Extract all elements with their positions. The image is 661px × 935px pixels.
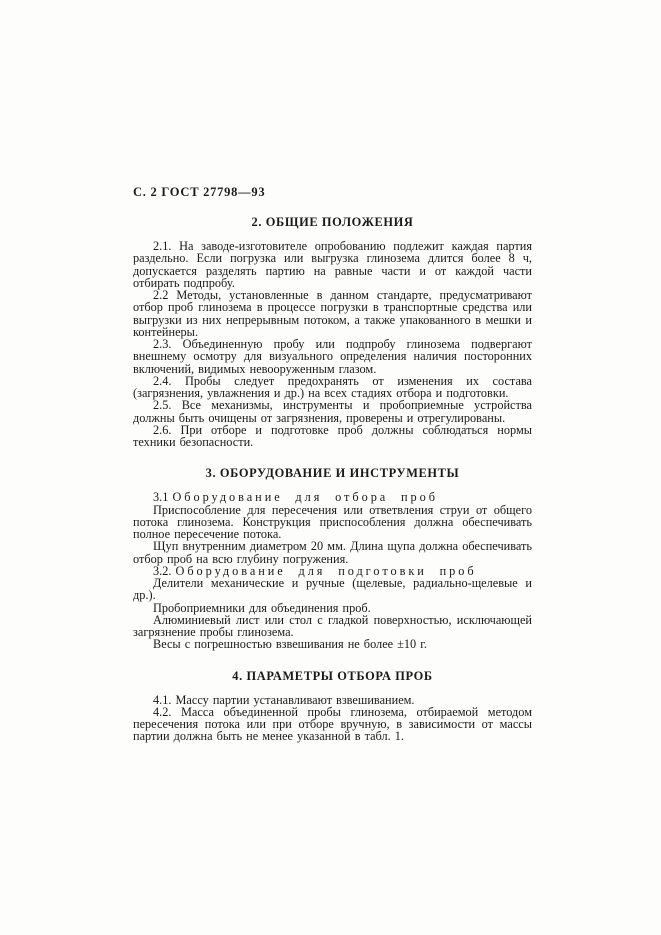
paragraph: Пробоприемники для объединения проб. <box>133 602 532 614</box>
paragraph: 2.2 Методы, установленные в данном станд… <box>133 289 532 338</box>
section-title: 2. ОБЩИЕ ПОЛОЖЕНИЯ <box>133 216 532 229</box>
paragraph: 2.1. На заводе-изготовителе опробованию … <box>133 240 532 289</box>
paragraph: 2.6. При отборе и подготовке проб должны… <box>133 424 532 449</box>
section-title: 4. ПАРАМЕТРЫ ОТБОРА ПРОБ <box>133 670 532 683</box>
paragraph: Алюминиевый лист или стол с гладкой пове… <box>133 614 532 639</box>
paragraph: 4.1. Массу партии устанавливают взвешива… <box>133 694 532 706</box>
text-block: С. 2 ГОСТ 27798—93 2. ОБЩИЕ ПОЛОЖЕНИЯ2.1… <box>133 186 532 743</box>
paragraph: Приспособление для пересечения или ответ… <box>133 504 532 541</box>
paragraph: Делители механические и ручные (щелевые,… <box>133 577 532 602</box>
paragraph: 2.3. Объединенную пробу или подпробу гли… <box>133 338 532 375</box>
section-title: 3. ОБОРУДОВАНИЕ И ИНСТРУМЕНТЫ <box>133 467 532 480</box>
document-sections: 2. ОБЩИЕ ПОЛОЖЕНИЯ2.1. На заводе-изготов… <box>133 216 532 743</box>
paragraph: 2.5. Все механизмы, инструменты и пробоп… <box>133 399 532 424</box>
page-header: С. 2 ГОСТ 27798—93 <box>133 186 532 199</box>
paragraph: Весы с погрешностью взвешивания не более… <box>133 638 532 650</box>
paragraph: 4.2. Масса объединенной пробы глинозема,… <box>133 706 532 743</box>
paragraph: 2.4. Пробы следует предохранять от измен… <box>133 375 532 400</box>
scanned-document-page: С. 2 ГОСТ 27798—93 2. ОБЩИЕ ПОЛОЖЕНИЯ2.1… <box>0 0 661 935</box>
paragraph: 3.1 Оборудование для отбора проб <box>133 491 532 503</box>
paragraph: Щуп внутренним диаметром 20 мм. Длина щу… <box>133 540 532 565</box>
